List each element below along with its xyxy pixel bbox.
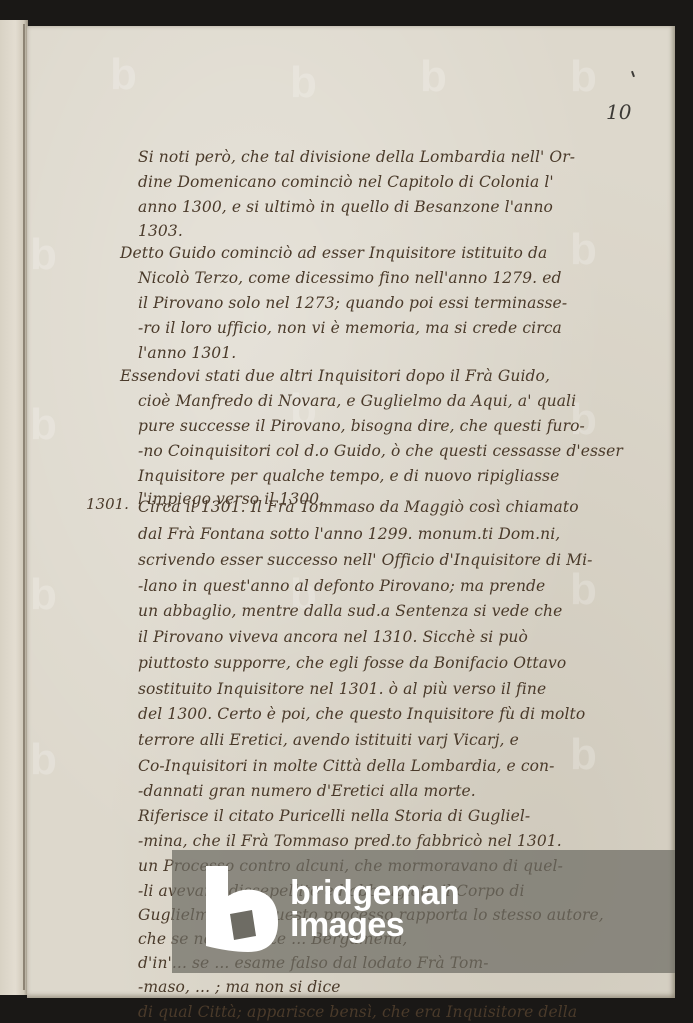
watermark-b-icon: b bbox=[30, 735, 57, 785]
text-line: Circa il 1301. Il Frà Tommaso da Maggiò … bbox=[138, 498, 579, 516]
text-line: sostituito Inquisitore nel 1301. ò al pi… bbox=[138, 680, 546, 698]
text-line: Nicolò Terzo, come dicessimo fino nell'a… bbox=[138, 269, 562, 287]
text-line: di qual Città; apparisce bensì, che era … bbox=[138, 1003, 577, 1021]
text-line: Detto Guido cominciò ad esser Inquisitor… bbox=[120, 244, 547, 262]
watermark-b-icon: b bbox=[30, 230, 57, 280]
brand-line-2: images bbox=[290, 909, 459, 941]
text-line: -maso, ... ; ma non si dice bbox=[138, 978, 341, 996]
watermark-b-icon: b bbox=[570, 730, 597, 780]
watermark-b-icon: b bbox=[30, 570, 57, 620]
watermark-b-icon: b bbox=[110, 50, 137, 100]
text-line: scrivendo esser successo nell' Officio d… bbox=[138, 551, 593, 569]
watermark-b-icon: b bbox=[570, 225, 597, 275]
bridgeman-wordmark: bridgeman images bbox=[290, 877, 459, 941]
text-line: Co-Inquisitori in molte Città della Lomb… bbox=[138, 757, 554, 775]
text-line: Riferisce il citato Puricelli nella Stor… bbox=[138, 807, 530, 825]
brand-line-1: bridgeman bbox=[290, 877, 459, 909]
text-line: dine Domenicano cominciò nel Capitolo di… bbox=[138, 173, 554, 191]
text-line: Si noti però, che tal divisione della Lo… bbox=[138, 148, 575, 166]
bridgeman-logo-icon bbox=[200, 860, 280, 955]
watermark-b-icon: b bbox=[420, 52, 447, 102]
text-line: il Pirovano viveva ancora nel 1310. Sicc… bbox=[138, 628, 528, 646]
text-line: cioè Manfredo di Novara, e Guglielmo da … bbox=[138, 392, 576, 410]
watermark-b-icon: b bbox=[290, 58, 317, 108]
text-line: il Pirovano solo nel 1273; quando poi es… bbox=[138, 294, 567, 312]
text-line: -lano in quest'anno al defonto Pirovano;… bbox=[138, 577, 545, 595]
folio-number: 10 bbox=[606, 100, 631, 124]
watermark-b-icon: b bbox=[30, 400, 57, 450]
text-line: Essendovi stati due altri Inquisitori do… bbox=[120, 367, 550, 385]
text-line: -no Coinquisitori col d.o Guido, ò che q… bbox=[138, 442, 623, 460]
watermark-b-icon: b bbox=[570, 565, 597, 615]
text-line: Inquisitore per qualche tempo, e di nuov… bbox=[138, 467, 559, 485]
text-line: del 1300. Certo è poi, che questo Inquis… bbox=[138, 705, 585, 723]
page-gutter bbox=[23, 24, 25, 990]
watermark-b-icon: b bbox=[570, 52, 597, 102]
text-line: un abbaglio, mentre dalla sud.a Sentenza… bbox=[138, 602, 562, 620]
text-line: dal Frà Fontana sotto l'anno 1299. monum… bbox=[138, 525, 560, 543]
text-line: 1303. bbox=[138, 222, 183, 240]
text-line: -dannati gran numero d'Eretici alla mort… bbox=[138, 782, 476, 800]
text-line: l'anno 1301. bbox=[138, 344, 236, 362]
text-line: -mina, che il Frà Tommaso pred.to fabbri… bbox=[138, 832, 562, 850]
text-line: -ro il loro ufficio, non vi è memoria, m… bbox=[138, 319, 562, 337]
text-line: terrore alli Eretici, avendo istituiti v… bbox=[138, 731, 519, 749]
text-line: piuttosto supporre, che egli fosse da Bo… bbox=[138, 654, 566, 672]
text-line: pure successe il Pirovano, bisogna dire,… bbox=[138, 417, 585, 435]
margin-year-note: 1301. bbox=[86, 495, 129, 513]
text-line: anno 1300, e si ultimò in quello di Besa… bbox=[138, 198, 553, 216]
